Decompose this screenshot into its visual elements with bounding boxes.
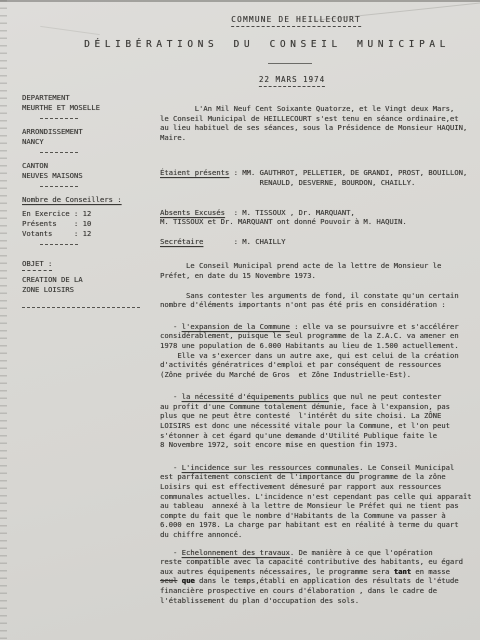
margin-sidebar: DEPARTEMENT MEURTHE ET MOSELLE ARRONDISS… [22,93,156,308]
underlined-heading: la nécessité d'équipements publics [182,392,329,401]
counselor-row: Présents : 10 [22,219,156,229]
scanner-edge-line [0,0,480,2]
overtyped-correction: que [182,576,195,585]
paragraph: - L'incidence sur les ressources communa… [160,463,478,540]
title-divider [268,63,312,64]
text-run: - [160,463,182,472]
counselors-list: En Exercice : 12Présents : 10Votants : 1… [22,209,156,239]
long-divider [22,307,140,308]
session-date: 22 MARS 1974 [259,75,325,87]
struck-word: seul [160,576,177,585]
paper-crease-small [40,26,100,35]
paragraph: - Echelonnement des travaux. De manière … [160,548,478,606]
underlined-heading: l'expansion de la Commune [182,322,290,331]
arrondissement-label: ARRONDISSEMENT [22,127,156,137]
objet-label: OBJET : [22,259,52,271]
document-body: L'An Mil Neuf Cent Soixante Quatorze, et… [160,104,478,605]
text-run: en masse [411,567,450,576]
text-run: dans le temps,établi en application des … [160,576,459,604]
paragraph: - l'expansion de la Commune : elle va se… [160,322,478,380]
paragraph: Étaient présents : MM. GAUTHROT, PELLETI… [160,168,478,187]
text-run: . Le Conseil Municipal est parfaitement … [160,463,472,539]
underlined-heading: L'incidence sur les ressources communale… [182,463,359,472]
underlined-heading: Secrétaire [160,237,203,246]
commune-heading: COMMUNE DE HEILLECOURT [231,15,361,27]
scanned-document-page: COMMUNE DE HEILLECOURT DÉLIBÉRATIONS DU … [0,0,480,640]
underlined-heading: Absents Excusés [160,208,225,217]
canton-label: CANTON [22,161,156,171]
counselor-row: En Exercice : 12 [22,209,156,219]
text-run: - [160,322,182,331]
paragraph: Sans contester les arguments de fond, il… [160,291,478,310]
text-run: - [160,392,182,401]
counselor-row: Votants : 12 [22,229,156,239]
binding-edge [0,0,7,640]
counselors-title: Nombre de Conseillers : [22,195,156,205]
divider [40,244,78,245]
text-run: Sans contester les arguments de fond, il… [160,291,459,310]
paragraph: Absents Excusés : M. TISSOUX , Dr. MARQU… [160,208,478,227]
underlined-heading: Étaient présents [160,168,229,177]
paragraph: L'An Mil Neuf Cent Soixante Quatorze, et… [160,104,478,142]
canton-value: NEUVES MAISONS [22,171,156,181]
underlined-heading: Echelonnement des travaux [182,548,290,557]
arrondissement-value: NANCY [22,137,156,147]
department-label: DEPARTEMENT [22,93,156,103]
divider [40,118,78,119]
text-run: L'An Mil Neuf Cent Soixante Quatorze, et… [160,104,467,142]
text-run: - [160,548,182,557]
divider [40,152,78,153]
paragraph: - la nécessité d'équipements publics que… [160,392,478,450]
text-run: : M. CHAILLY [203,237,285,246]
overtyped-correction: tant [394,567,411,576]
objet-value: CREATION DE LA ZONE LOISIRS [22,275,156,295]
paragraph: Le Conseil Municipal prend acte de la le… [160,261,478,280]
text-run: Le Conseil Municipal prend acte de la le… [160,261,441,280]
divider [40,186,78,187]
department-value: MEURTHE ET MOSELLE [22,103,156,113]
document-title: DÉLIBÉRATIONS DU CONSEIL MUNICIPAL [84,39,450,50]
paragraph: Secrétaire : M. CHAILLY [160,237,478,247]
